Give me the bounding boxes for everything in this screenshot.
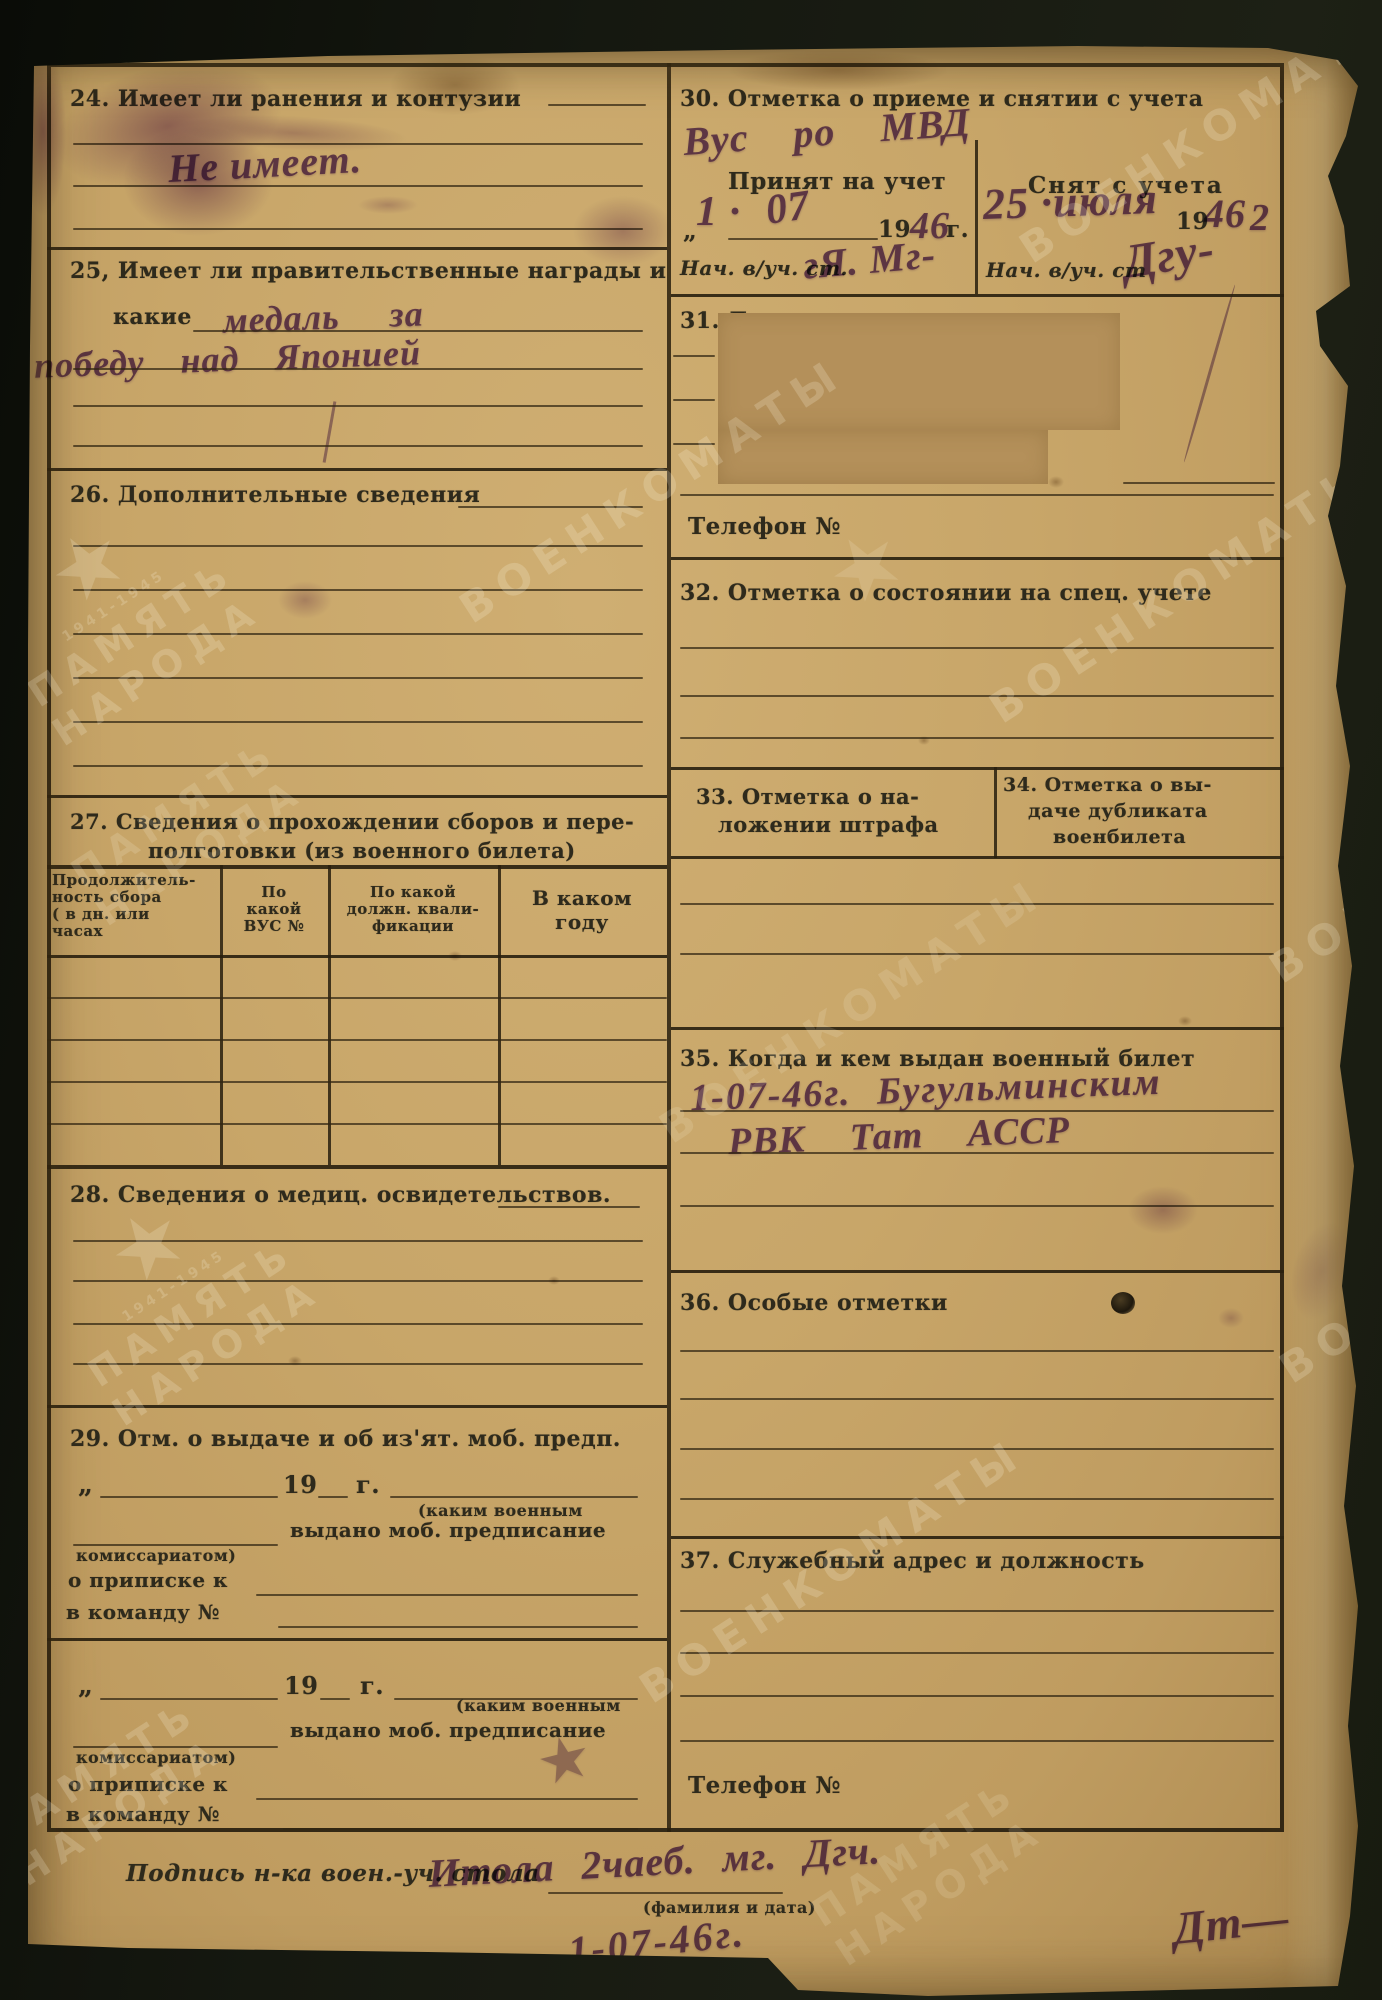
- ruled-line: [680, 1398, 1274, 1400]
- signature-flourish: Дт—: [1171, 1890, 1292, 1955]
- section-border: [671, 767, 1284, 770]
- ruled-line: [680, 1740, 1274, 1742]
- kakim-voennym-label: (каким военным: [456, 1696, 621, 1715]
- o-pripiske-label: о приписке к: [68, 1568, 228, 1592]
- redaction-box: [718, 313, 1120, 430]
- year-g: г.: [356, 1470, 380, 1499]
- table-row-line: [47, 1081, 667, 1083]
- year-g: г.: [360, 1671, 384, 1700]
- table-border: [47, 955, 667, 958]
- ruled-line: [256, 1594, 638, 1596]
- vydano-mob-label: выдано моб. предписание: [290, 1518, 606, 1542]
- ruled-line: [100, 1496, 278, 1498]
- o-pripiske-label: о приписке к: [68, 1772, 228, 1796]
- field-36-title: 36. Особые отметки: [680, 1290, 948, 1316]
- scan-background: 24. Имеет ли ранения и контузии Не имеет…: [0, 0, 1382, 2000]
- ink-blot: [1111, 1292, 1135, 1314]
- column-divider: [667, 63, 671, 1832]
- hw-tail-2: 2: [1250, 196, 1270, 240]
- field-28-title: 28. Сведения о медиц. освидетельствов.: [70, 1182, 611, 1208]
- section-border: [47, 1638, 667, 1641]
- ruled-line: [100, 1698, 278, 1700]
- field-27-title-1: 27. Сведения о прохождении сборов и пере…: [70, 809, 634, 834]
- date-handwriting: 1-07-46г.: [566, 1909, 748, 1974]
- v-komandu-label: в команду №: [66, 1600, 220, 1624]
- table-border: [47, 865, 667, 869]
- section-border: [671, 1536, 1284, 1539]
- komissariatom-label: комиссариатом): [76, 1748, 236, 1767]
- ruled-line: [73, 633, 643, 635]
- document-paper: 24. Имеет ли ранения и контузии Не имеет…: [28, 46, 1358, 2000]
- ruled-line: [73, 677, 643, 679]
- table-row-line: [47, 1123, 667, 1125]
- hw-month: 07: [763, 181, 813, 235]
- ruled-line: [73, 1363, 643, 1365]
- ruled-line: [256, 1798, 638, 1800]
- redaction-box: [718, 430, 1048, 484]
- section-border: [671, 856, 1284, 859]
- ruled-line: [73, 545, 643, 547]
- torn-edge-shading: [1286, 46, 1358, 2000]
- section-border: [47, 1165, 667, 1169]
- ruled-line: [73, 1240, 643, 1242]
- table-header-year: В каком году: [498, 886, 666, 934]
- field-29-title: 29. Отм. о выдаче и об из'ят. моб. предп…: [70, 1426, 621, 1452]
- ruled-line: [73, 765, 643, 767]
- quote-mark: „: [78, 1470, 93, 1500]
- ruled-line: [283, 1828, 638, 1830]
- ruled-line: [680, 494, 1274, 496]
- quote-mark: „: [78, 1671, 93, 1701]
- ruled-line: [680, 1498, 1274, 1500]
- signature-handwriting: Итола 2чаеб. мг. Дгч.: [427, 1826, 882, 1897]
- field-24-title: 24. Имеет ли ранения и контузии: [70, 86, 521, 112]
- ink-stain: [1281, 1215, 1358, 1327]
- section-border: [671, 557, 1284, 560]
- ruled-line: [673, 355, 715, 357]
- field-26-title: 26. Дополнительные сведения: [70, 482, 480, 508]
- field-33-title-1: 33. Отметка о на-: [696, 784, 919, 809]
- ruled-line: [680, 1205, 1274, 1207]
- ruled-line: [680, 903, 1274, 905]
- field-25-title: 25, Имеет ли правительственные награды и: [70, 258, 666, 284]
- section-border: [47, 247, 667, 250]
- table-header-duration: Продолжитель- ность сбора ( в дн. или ча…: [52, 872, 217, 940]
- v-komandu-label: в команду №: [66, 1802, 220, 1826]
- ruled-line: [498, 1206, 640, 1208]
- ruled-line: [680, 1448, 1274, 1450]
- field-34-title-3: военбилета: [1053, 826, 1186, 848]
- ruled-line: [73, 228, 643, 230]
- ruled-line: [673, 443, 715, 445]
- ruled-line: [548, 104, 646, 106]
- cell-divider: [994, 767, 997, 858]
- section-border: [671, 294, 1284, 297]
- field-27-title-2: полготовки (из военного билета): [148, 838, 576, 863]
- ruled-line: [548, 1892, 783, 1894]
- ruled-line: [390, 1496, 638, 1498]
- field-33-title-2: ложении штрафа: [718, 812, 939, 837]
- ruled-line: [320, 1698, 350, 1700]
- field-32-title: 32. Отметка о состоянии на спец. учете: [680, 580, 1212, 606]
- ruled-line: [73, 405, 643, 407]
- ruled-line: [73, 368, 643, 370]
- field-25-label: какие: [113, 304, 192, 330]
- ruled-line: [680, 1695, 1274, 1697]
- year-19: 19: [284, 1671, 318, 1700]
- ruled-line: [680, 737, 1274, 739]
- table-header-vus: По какой ВУС №: [220, 884, 328, 935]
- section-border: [47, 468, 667, 471]
- ruled-line: [680, 695, 1274, 697]
- ruled-line: [680, 1152, 1274, 1154]
- table-header-qualification: По какой должн. квали- фикации: [328, 884, 498, 935]
- ruled-line: [73, 1280, 643, 1282]
- ruled-line: [673, 399, 715, 401]
- section-border: [671, 1027, 1284, 1030]
- table-row-line: [47, 997, 667, 999]
- hw-date-2: 25 ·июля: [982, 173, 1158, 230]
- cell-divider: [975, 140, 978, 294]
- prinyat-label: Принят на учет: [728, 168, 946, 195]
- komissariatom-label: комиссариатом): [76, 1546, 236, 1565]
- ruled-line: [73, 721, 643, 723]
- ruled-line: [680, 1652, 1274, 1654]
- phone-label: Телефон №: [688, 1772, 841, 1799]
- table-row-line: [47, 1039, 667, 1041]
- section-border: [671, 1270, 1284, 1273]
- ruled-line: [680, 647, 1274, 649]
- ruled-line: [73, 445, 643, 447]
- year-g: г.: [946, 216, 969, 243]
- field-37-title: 37. Служебный адрес и должность: [680, 1548, 1145, 1574]
- ruled-line: [278, 1626, 638, 1628]
- ruled-line: [458, 506, 643, 508]
- ruled-line: [73, 1323, 643, 1325]
- ruled-line: [73, 185, 643, 187]
- year-19: 19: [283, 1470, 317, 1499]
- ruled-line: [680, 1350, 1274, 1352]
- hw-day: 1 ·: [696, 188, 741, 236]
- ruled-line: [680, 953, 1274, 955]
- ruled-line: [680, 1610, 1274, 1612]
- ruled-line: [73, 589, 643, 591]
- ruled-line: [1123, 482, 1275, 484]
- field-34-title-2: даче дубликата: [1028, 800, 1208, 822]
- ruled-line: [318, 1496, 348, 1498]
- phone-label: Телефон №: [688, 513, 841, 540]
- section-border: [47, 795, 667, 798]
- field-34-title-1: 34. Отметка о вы-: [1003, 774, 1212, 796]
- section-border: [47, 1405, 667, 1408]
